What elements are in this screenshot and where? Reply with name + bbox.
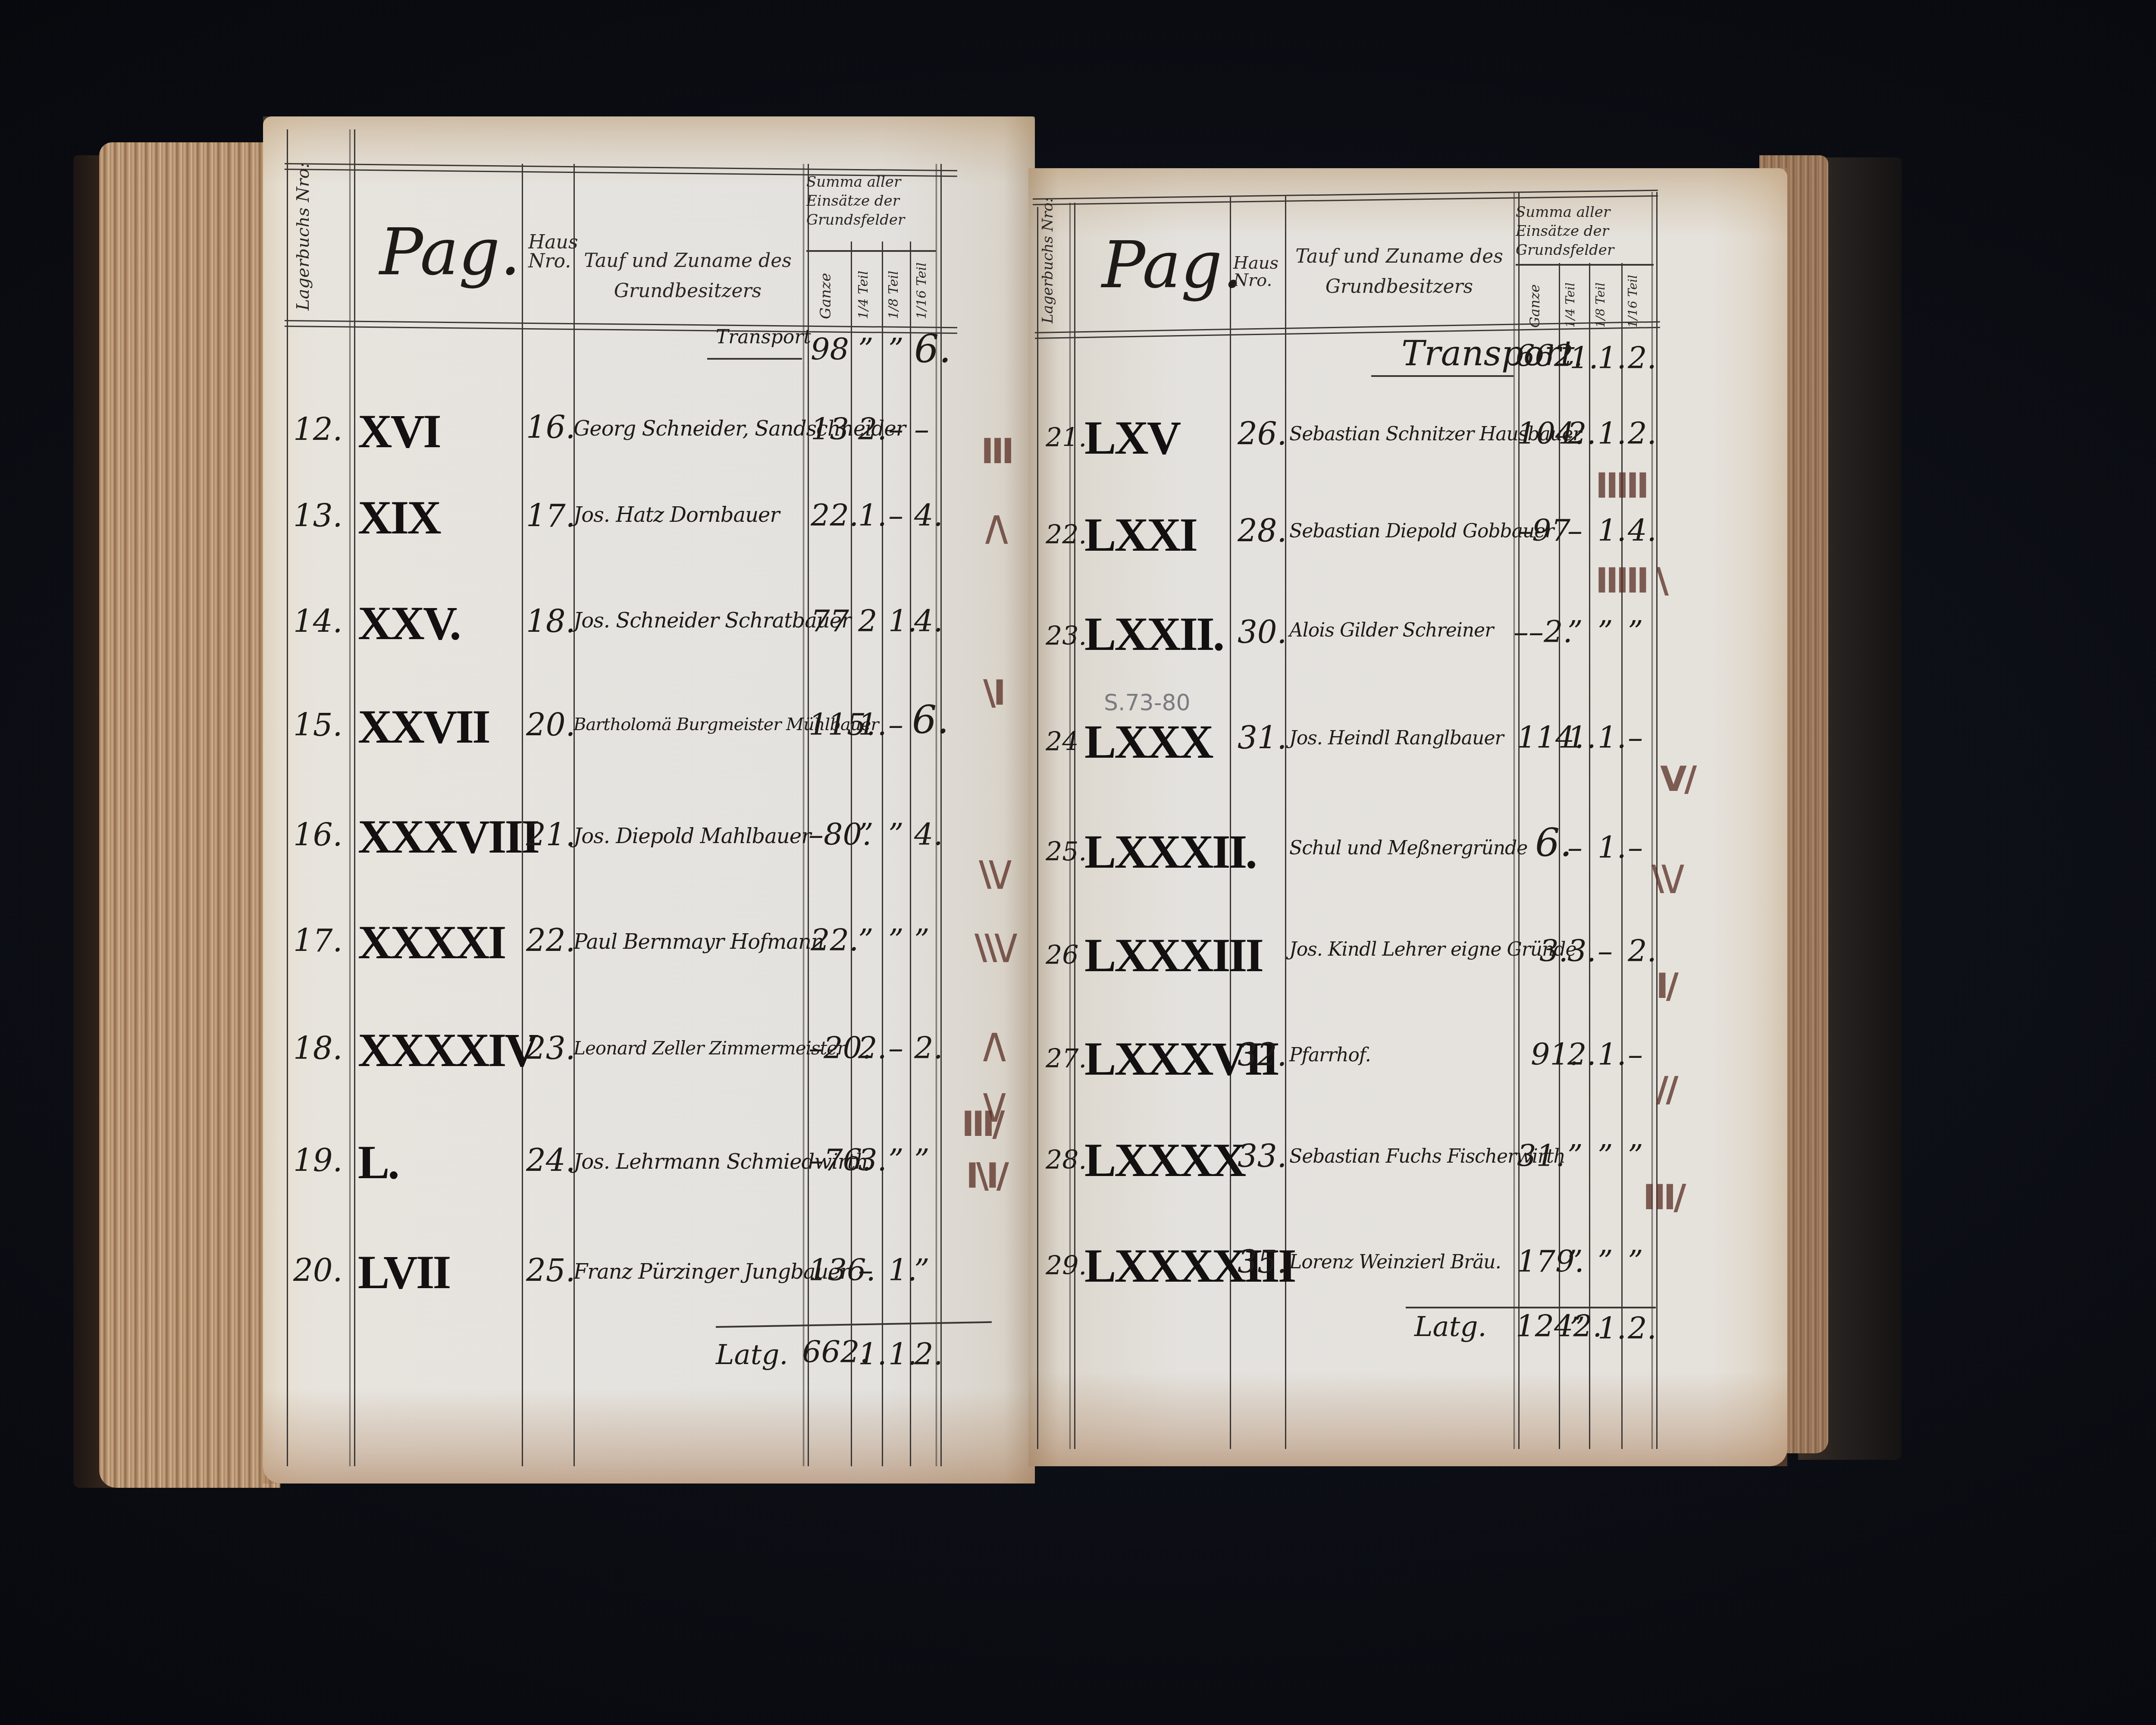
- page-ref-roman: LXXX: [1084, 718, 1212, 765]
- house-no: 26.: [1238, 418, 1287, 449]
- page-block-left-edge: [99, 142, 280, 1488]
- house-no: 31.: [1238, 722, 1287, 753]
- page-ref-roman: LXXII.: [1084, 610, 1223, 658]
- house-no: 16.: [526, 412, 576, 443]
- val-sechzehntel: 2.: [914, 1033, 943, 1063]
- val-sechzehntel: 4.: [914, 500, 943, 530]
- margin-tally: I\I/: [966, 1156, 1006, 1196]
- lagerbuch-no: 27.: [1046, 1046, 1087, 1072]
- page-ref-roman: XVI: [358, 408, 440, 455]
- val-viertel: –: [858, 1255, 873, 1285]
- header-ganze: Ganze: [1526, 284, 1543, 328]
- val-viertel: 2: [858, 606, 877, 636]
- owner-name: Sebastian Diepold Gobbauer: [1289, 522, 1554, 541]
- val-viertel: 1.: [858, 709, 887, 740]
- val-achtel: ”: [1598, 1141, 1613, 1171]
- val-viertel: 1.: [1567, 722, 1596, 753]
- header-name: Tauf und Zuname des Grundbesitzers: [1289, 241, 1509, 302]
- val-ganze: 6.: [1535, 824, 1572, 862]
- carry-label: Transport: [716, 328, 811, 347]
- val-ganze: 3.: [1539, 936, 1568, 966]
- lagerbuch-no: 18.: [293, 1033, 343, 1064]
- house-no: 22.: [526, 925, 576, 956]
- col-rule: [349, 129, 355, 1466]
- val-achtel: 1.: [1598, 1039, 1626, 1069]
- val-sechzehntel: –: [1628, 1039, 1643, 1069]
- val-ganze: 22.: [811, 500, 859, 530]
- val-sechzehntel: ”: [914, 925, 930, 955]
- page-ref-roman: XXXXI: [358, 919, 505, 966]
- val-sechzehntel: ”: [914, 1145, 930, 1175]
- carry-underline: [1371, 375, 1514, 377]
- lagerbuch-no: 12.: [293, 414, 343, 445]
- margin-tally: /\: [983, 1026, 1003, 1066]
- col-rule: [1037, 207, 1038, 1449]
- margin-tally: IIIII \: [1595, 561, 1666, 601]
- margin-tally: \\/: [979, 854, 1009, 894]
- val-ganze: 22.: [811, 925, 859, 955]
- page-ref-roman: XXXXIV: [358, 1026, 537, 1074]
- header-lagerbuch-no: Lagerbuchs Nro:: [1039, 198, 1056, 323]
- house-no: 23.: [526, 1033, 576, 1064]
- val-viertel: 3.: [858, 1145, 887, 1175]
- carry-viertel: 1.: [1570, 343, 1598, 373]
- margin-tally: III/: [1643, 1177, 1684, 1217]
- col-rule: [287, 129, 288, 1466]
- val-viertel: 2.: [1567, 1039, 1596, 1069]
- page-ref-roman: XXXVIII: [358, 813, 538, 860]
- val-sechzehntel: 4.: [1628, 515, 1657, 546]
- lagerbuch-no: 17.: [293, 925, 343, 956]
- total-ganze: 1242.: [1516, 1311, 1602, 1341]
- house-no: 30.: [1238, 617, 1287, 648]
- val-achtel: ”: [1598, 617, 1613, 647]
- lagerbuch-no: 15.: [293, 709, 343, 740]
- val-ganze: 77: [811, 606, 849, 636]
- house-no: 32.: [1238, 1039, 1287, 1070]
- pencil-annotation: S.73-80: [1104, 690, 1191, 716]
- val-viertel: ”: [1567, 1141, 1583, 1171]
- owner-name: Jos. Heindl Ranglbauer: [1289, 729, 1503, 748]
- header-achtel: 1/8 Teil: [1593, 282, 1608, 328]
- page-ref-roman: XXV.: [358, 599, 460, 647]
- header-achtel: 1/8 Teil: [886, 271, 901, 319]
- margin-tally: \I: [983, 673, 1003, 713]
- header-pag: Pag.: [379, 220, 520, 285]
- lagerbuch-no: 21.: [1046, 425, 1087, 451]
- lagerbuch-no: 28.: [1046, 1147, 1087, 1173]
- margin-tally: /\: [985, 509, 1005, 549]
- val-viertel: ”: [858, 819, 874, 850]
- val-achtel: –: [1598, 936, 1613, 966]
- page-ref-roman: LXXXX: [1084, 1136, 1244, 1184]
- owner-name: Paul Bernmayr Hofmann: [573, 931, 824, 952]
- header-lagerbuch-no: Lagerbuchs Nro:: [293, 163, 313, 310]
- val-viertel: 2.: [1567, 418, 1596, 448]
- total-label: Latg.: [716, 1341, 788, 1369]
- foxing-stain: [1028, 1371, 1787, 1466]
- header-ganze: Ganze: [817, 273, 834, 319]
- page-ref-roman: LVII: [358, 1248, 449, 1296]
- val-ganze: 31.: [1517, 1141, 1565, 1171]
- val-achtel: 1.: [1598, 832, 1626, 862]
- margin-tally: III: [981, 431, 1012, 471]
- val-ganze: 13: [811, 414, 849, 444]
- val-viertel: ”: [1567, 617, 1583, 647]
- val-viertel: ”: [1567, 1246, 1583, 1276]
- house-no: 17.: [526, 500, 576, 531]
- val-sechzehntel: 4.: [914, 819, 943, 850]
- val-sechzehntel: 2.: [1628, 418, 1657, 448]
- total-sechzehntel: 2.: [914, 1339, 943, 1369]
- val-achtel: 1.: [888, 1255, 917, 1285]
- owner-name: Jos. Schneider Schratbauer: [573, 610, 851, 631]
- page-ref-roman: L.: [358, 1138, 398, 1186]
- val-achtel: 1.: [1598, 722, 1626, 753]
- owner-name: Lorenz Weinzierl Bräu.: [1289, 1253, 1501, 1272]
- page-ref-roman: XXVII: [358, 703, 489, 750]
- val-achtel: ”: [888, 819, 904, 850]
- owner-name: Franz Pürzinger Jungbauer: [573, 1261, 849, 1282]
- val-achtel: –: [888, 709, 903, 740]
- owner-name: Jos. Hatz Dornbauer: [573, 505, 779, 525]
- total-viertel: 1.: [858, 1339, 887, 1369]
- margin-tally: \\/: [1651, 858, 1682, 898]
- header-summa: Summa aller Einsätze der Grundsfelder: [806, 172, 936, 230]
- house-no: 35.: [1238, 1246, 1287, 1277]
- lagerbuch-no: 20.: [293, 1255, 343, 1286]
- margin-tally: \\\/: [975, 927, 1015, 967]
- val-sechzehntel: 2.: [1628, 936, 1657, 966]
- carry-sechzehntel: 2.: [1628, 343, 1657, 373]
- header-viertel: 1/4 Teil: [1563, 282, 1577, 328]
- val-achtel: –: [888, 414, 903, 444]
- owner-name: Georg Schneider, Sandschneider: [573, 418, 906, 439]
- house-no: 20.: [526, 709, 576, 740]
- val-viertel: 3.: [1567, 936, 1596, 966]
- lagerbuch-no: 26: [1046, 942, 1078, 968]
- val-sechzehntel: ”: [914, 1255, 930, 1285]
- carry-achtel: 1.: [1598, 343, 1626, 373]
- val-viertel: –: [1567, 515, 1583, 546]
- val-achtel: –: [888, 1033, 903, 1063]
- lagerbuch-no: 24: [1046, 729, 1078, 755]
- val-sechzehntel: –: [1628, 832, 1643, 862]
- lagerbuch-no: 25.: [1046, 839, 1087, 865]
- val-achtel: 1.: [1598, 515, 1626, 546]
- page-ref-roman: LXXXII.: [1084, 828, 1256, 875]
- total-achtel: 1.: [888, 1339, 917, 1369]
- col-rule: [1651, 192, 1658, 1449]
- val-ganze: –97: [1517, 515, 1570, 546]
- summa-subrule: [806, 250, 936, 252]
- carry-underline: [707, 358, 802, 360]
- header-pag: Pag.: [1102, 233, 1243, 298]
- val-achtel: –: [888, 500, 903, 530]
- total-achtel: 1.: [1598, 1313, 1626, 1343]
- lagerbuch-no: 13.: [293, 500, 343, 531]
- house-no: 28.: [1238, 515, 1287, 546]
- val-sechzehntel: ”: [1628, 617, 1643, 647]
- lagerbuch-no: 16.: [293, 819, 343, 850]
- page-ref-roman: LXXXIII: [1084, 931, 1262, 979]
- summa-subrule: [1516, 264, 1654, 266]
- carry-sechzehntel: 6.: [914, 330, 951, 369]
- total-label: Latg.: [1414, 1313, 1487, 1341]
- owner-name: Leonard Zeller Zimmermeister: [573, 1039, 845, 1057]
- val-sechzehntel: 6.: [912, 701, 949, 740]
- margin-tally: III/: [962, 1104, 1003, 1144]
- owner-name: Pfarrhof.: [1289, 1046, 1371, 1065]
- margin-tally: IIIII: [1595, 466, 1647, 506]
- header-sechzehntel: 1/16 Teil: [914, 262, 929, 319]
- carry-achtel: ”: [888, 334, 904, 364]
- page-ref-roman: XIX: [358, 494, 440, 541]
- lagerbuch-no: 22.: [1046, 522, 1087, 548]
- val-viertel: 2.: [858, 414, 887, 444]
- owner-name: Jos. Diepold Mahlbauer: [573, 826, 811, 847]
- house-no: 18.: [526, 606, 576, 637]
- total-viertel: ”: [1570, 1313, 1585, 1343]
- lagerbuch-no: 19.: [293, 1145, 343, 1176]
- header-haus-nro: Haus Nro.: [1233, 254, 1281, 289]
- margin-tally: V/: [1660, 759, 1694, 799]
- header-name: Tauf und Zuname des Grundbesitzers: [580, 246, 796, 307]
- lagerbuch-no: 23.: [1046, 623, 1087, 649]
- val-ganze: ––2.: [1514, 617, 1573, 647]
- val-sechzehntel: –: [1628, 722, 1643, 753]
- owner-name: Alois Gilder Schreiner: [1289, 621, 1493, 640]
- val-achtel: ”: [1598, 1246, 1613, 1276]
- lagerbuch-no: 29.: [1046, 1253, 1087, 1279]
- header-sechzehntel: 1/16 Teil: [1626, 275, 1640, 328]
- header-viertel: 1/4 Teil: [856, 271, 871, 319]
- val-sechzehntel: ”: [1628, 1246, 1643, 1276]
- header-summa: Summa aller Einsätze der Grundsfelder: [1516, 203, 1649, 260]
- carry-viertel: ”: [858, 334, 874, 364]
- val-sechzehntel: 4.: [914, 606, 943, 636]
- owner-name: Schul und Meßnergründe: [1289, 839, 1527, 858]
- owner-name: Jos. Kindl Lehrer eigne Gründe: [1289, 940, 1576, 959]
- margin-tally: //: [1656, 1069, 1676, 1110]
- margin-tally: I/: [1656, 966, 1676, 1006]
- house-no: 33.: [1238, 1141, 1287, 1172]
- val-viertel: 2.: [858, 1033, 887, 1063]
- val-sechzehntel: ”: [1628, 1141, 1643, 1171]
- house-no: 25.: [526, 1255, 576, 1286]
- val-viertel: ”: [858, 925, 874, 955]
- val-achtel: ”: [888, 1145, 904, 1175]
- house-no: 24.: [526, 1145, 576, 1176]
- val-sechzehntel: –: [914, 414, 929, 444]
- header-haus-nro: Haus Nro.: [528, 233, 567, 271]
- val-achtel: ”: [888, 925, 904, 955]
- val-achtel: 1.: [1598, 418, 1626, 448]
- foxing-stain: [263, 1389, 1035, 1483]
- val-achtel: 1.: [888, 606, 917, 636]
- page-ref-roman: LXXI: [1084, 511, 1196, 558]
- lagerbuch-no: 14.: [293, 606, 343, 637]
- page-ref-roman: LXV: [1084, 414, 1179, 461]
- carry-ganze: 98: [811, 334, 849, 364]
- val-viertel: 1.: [858, 500, 887, 530]
- val-viertel: –: [1567, 832, 1583, 862]
- house-no: 21.: [526, 819, 576, 850]
- total-sechzehntel: 2.: [1628, 1313, 1657, 1343]
